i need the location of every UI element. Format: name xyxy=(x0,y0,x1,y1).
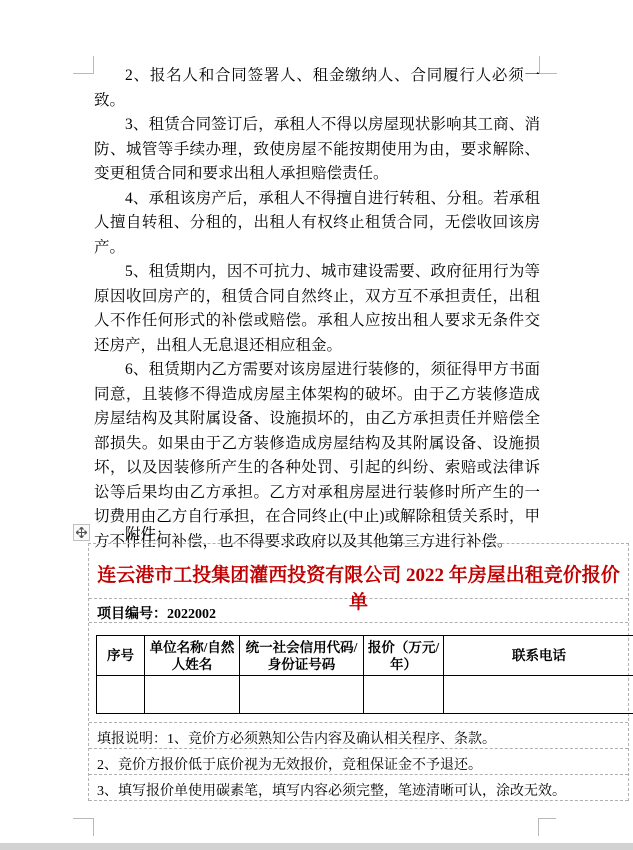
contract-clause-2: 2、报名人和合同签署人、租金缴纳人、合同履行人必须一致。 xyxy=(94,64,540,113)
bid-table-header-row: 序号 单位名称/自然人姓名 统一社会信用代码/身份证号码 报价（万元/年） 联系… xyxy=(97,636,633,676)
note-line-1: 填报说明：1、竞价方必须熟知公告内容及确认相关程序、条款。 xyxy=(89,723,628,749)
bid-input-cell-phone[interactable] xyxy=(444,676,633,714)
contract-clause-5: 5、租赁期内，因不可抗力、城市建设需要、政府征用行为等原因收回房产的，租赁合同自… xyxy=(94,260,540,358)
contract-clauses: 2、报名人和合同签署人、租金缴纳人、合同履行人必须一致。 3、租赁合同签订后，承… xyxy=(94,64,540,554)
project-number-row: 项目编号：2022002 xyxy=(89,599,628,623)
column-header-phone: 联系电话 xyxy=(444,636,633,676)
table-move-handle[interactable] xyxy=(73,524,90,541)
contract-clause-4: 4、承租该房产后，承租人不得擅自进行转租、分租。若承租人擅自转租、分租的，出租人… xyxy=(94,187,540,261)
page-bottom-edge xyxy=(0,843,633,850)
crop-mark-top-left xyxy=(73,56,94,74)
column-header-seq: 序号 xyxy=(97,636,145,676)
note-line-3: 3、填写报价单使用碳素笔，填写内容必须完整，笔迹清晰可认，涂改无效。 xyxy=(89,775,628,801)
crop-mark-bottom-right xyxy=(538,818,556,836)
attachment-title: 连云港市工投集团灌西投资有限公司 2022 年房屋出租竞价报价单 xyxy=(89,544,628,599)
project-number-label: 项目编号： xyxy=(97,607,167,622)
column-header-bidder-name: 单位名称/自然人姓名 xyxy=(145,636,240,676)
crop-mark-top-right xyxy=(539,56,557,74)
bid-table-empty-row xyxy=(97,676,633,714)
project-number-value: 2022002 xyxy=(167,607,216,622)
note-line-2: 2、竞价方报价低于底价视为无效报价，竞租保证金不予退还。 xyxy=(89,749,628,775)
crop-mark-bottom-left xyxy=(73,818,94,836)
bid-form: 连云港市工投集团灌西投资有限公司 2022 年房屋出租竞价报价单 项目编号：20… xyxy=(88,543,629,801)
bid-input-cell-seq[interactable] xyxy=(97,676,145,714)
contract-clause-3: 3、租赁合同签订后，承租人不得以房屋现状影响其工商、消防、城管等手续办理，致使房… xyxy=(94,113,540,187)
bid-input-cell-name[interactable] xyxy=(145,676,240,714)
column-header-price: 报价（万元/年） xyxy=(364,636,444,676)
bid-table-cell: 序号 单位名称/自然人姓名 统一社会信用代码/身份证号码 报价（万元/年） 联系… xyxy=(89,623,628,723)
move-icon xyxy=(76,527,87,538)
attachment-label: 附件： xyxy=(94,522,540,544)
column-header-credit-code: 统一社会信用代码/身份证号码 xyxy=(240,636,364,676)
bid-table: 序号 单位名称/自然人姓名 统一社会信用代码/身份证号码 报价（万元/年） 联系… xyxy=(96,635,633,714)
bid-input-cell-price[interactable] xyxy=(364,676,444,714)
bid-input-cell-code[interactable] xyxy=(240,676,364,714)
document-page: 2、报名人和合同签署人、租金缴纳人、合同履行人必须一致。 3、租赁合同签订后，承… xyxy=(0,0,633,850)
